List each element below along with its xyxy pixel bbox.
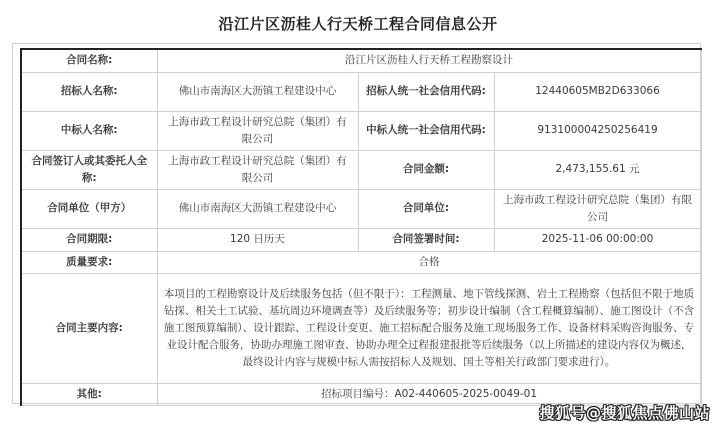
row-period: 合同期限: 120 日历天 合同签署时间: 2025-11-06 00:00:0… xyxy=(21,228,701,251)
contract-name-label: 合同名称: xyxy=(21,49,157,72)
winner-credit-value: 913100004250256419 xyxy=(494,111,701,150)
period-value: 120 日历天 xyxy=(157,228,358,251)
party-a-label: 合同单位（甲方） xyxy=(21,189,157,228)
row-quality: 质量要求: 合格 xyxy=(21,251,701,273)
tenderer-credit-label: 招标人统一社会信用代码: xyxy=(358,72,494,111)
tenderer-label: 招标人名称: xyxy=(21,72,157,111)
contract-info-table: 合同名称: 沿江片区沥桂人行天桥工程勘察设计 招标人名称: 佛山市南海区大沥镇工… xyxy=(20,48,702,406)
tenderer-credit-value: 12440605MB2D633066 xyxy=(494,72,701,111)
other-label: 其他: xyxy=(21,383,157,405)
signatory-value: 上海市政工程设计研究总院（集团）有限公司 xyxy=(157,150,358,189)
winner-credit-label: 中标人统一社会信用代码: xyxy=(358,111,494,150)
signatory-label: 合同签订人或其委托人全称: xyxy=(21,150,157,189)
row-contract-name: 合同名称: 沿江片区沥桂人行天桥工程勘察设计 xyxy=(21,49,701,72)
row-content: 合同主要内容: 本项目的工程勘察设计及后续服务包括（但不限于）：工程测量、地下管… xyxy=(21,273,701,383)
amount-value: 2,473,155.61 元 xyxy=(494,150,701,189)
winner-value: 上海市政工程设计研究总院（集团）有限公司 xyxy=(157,111,358,150)
page-title: 沿江片区沥桂人行天桥工程合同信息公开 xyxy=(0,13,716,34)
party-b-label: 合同单位: xyxy=(358,189,494,228)
amount-label: 合同金额: xyxy=(358,150,494,189)
sign-time-value: 2025-11-06 00:00:00 xyxy=(494,228,701,251)
content-value: 本项目的工程勘察设计及后续服务包括（但不限于）：工程测量、地下管线探测、岩土工程… xyxy=(157,273,701,383)
sign-time-label: 合同签署时间: xyxy=(358,228,494,251)
content-label: 合同主要内容: xyxy=(21,273,157,383)
row-tenderer: 招标人名称: 佛山市南海区大沥镇工程建设中心 招标人统一社会信用代码: 1244… xyxy=(21,72,701,111)
party-a-value: 佛山市南海区大沥镇工程建设中心 xyxy=(157,189,358,228)
contract-name-value: 沿江片区沥桂人行天桥工程勘察设计 xyxy=(157,49,701,72)
watermark: 搜狐号@搜狐焦点佛山站 xyxy=(539,402,710,423)
quality-value: 合格 xyxy=(157,251,701,273)
winner-label: 中标人名称: xyxy=(21,111,157,150)
quality-label: 质量要求: xyxy=(21,251,157,273)
row-winner: 中标人名称: 上海市政工程设计研究总院（集团）有限公司 中标人统一社会信用代码:… xyxy=(21,111,701,150)
tenderer-value: 佛山市南海区大沥镇工程建设中心 xyxy=(157,72,358,111)
period-label: 合同期限: xyxy=(21,228,157,251)
party-b-value: 上海市政工程设计研究总院（集团）有限公司 xyxy=(494,189,701,228)
row-signatory: 合同签订人或其委托人全称: 上海市政工程设计研究总院（集团）有限公司 合同金额:… xyxy=(21,150,701,189)
row-party: 合同单位（甲方） 佛山市南海区大沥镇工程建设中心 合同单位: 上海市政工程设计研… xyxy=(21,189,701,228)
